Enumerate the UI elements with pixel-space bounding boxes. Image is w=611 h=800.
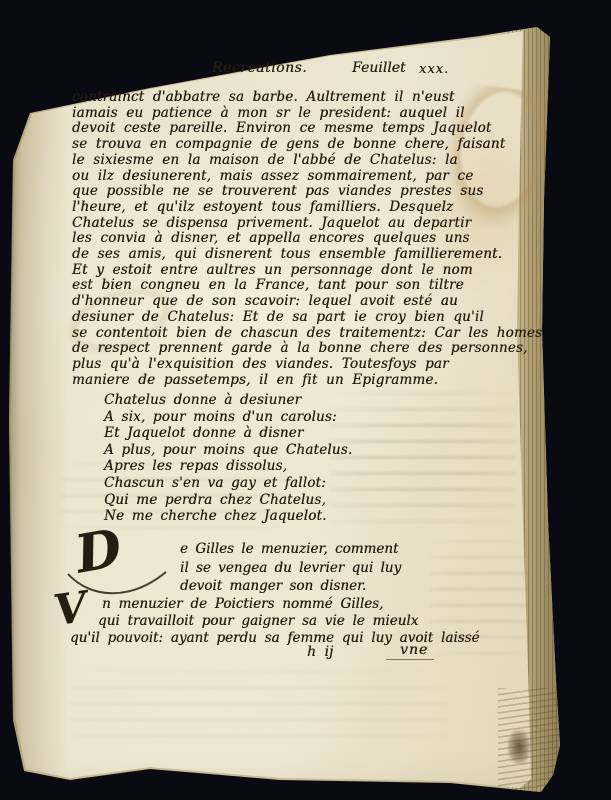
epigram-line: Apres les repas dissolus, [104, 458, 352, 475]
decorated-initial-d: D [72, 522, 125, 581]
body-line: d'honneur que de son scavoir: lequel avo… [72, 294, 522, 310]
body-line: maniere de passetemps, il en fit un Epig… [72, 373, 522, 389]
section-heading-block: e Gilles le menuzier, comment il se veng… [180, 540, 401, 596]
body-line: iamais eu patience à mon sr le president… [72, 106, 522, 122]
paragraph-block: n menuzier de Poictiers nommé Gilles, qu… [70, 596, 480, 646]
epigram-line: A plus, pour moins que Chatelus. [104, 442, 352, 459]
body-line: se contentoit bien de chascun des traite… [72, 326, 522, 342]
body-line: les convia à disner, et appella encores … [72, 231, 522, 247]
body-line: est bien congneu en la France, tant pour… [72, 278, 522, 294]
body-line: ou ilz desiunerent, mais assez sommairem… [72, 169, 522, 185]
section-heading-line: devoit manger son disner. [180, 577, 401, 596]
body-line: Chatelus se dispensa privement. Jaquelot… [72, 216, 522, 232]
epigram-line: Ne me cherche chez Jaquelot. [104, 508, 352, 525]
epigram-line: Chascun s'en va gay et fallot: [104, 475, 352, 492]
body-line: l'heure, et qu'ilz estoyent tous familli… [72, 200, 522, 216]
epigram-line: Qui me perdra chez Chatelus, [104, 492, 352, 509]
body-line: se trouva en compagnie de gens de bonne … [72, 137, 522, 153]
body-line: le sixiesme en la maison de l'abbé de Ch… [72, 153, 522, 169]
paragraph-line: qui travailloit pour gaigner sa vie le m… [98, 613, 480, 630]
gathering-signature: h ij [307, 644, 333, 660]
body-line: contrainct d'abbatre sa barbe. Aultremen… [72, 90, 522, 106]
folio-number: xxx. [419, 62, 449, 77]
epigram-line: Et Jaquelot donne à disner [104, 425, 352, 442]
epigram-line: A six, pour moins d'un carolus: [104, 409, 352, 426]
body-line: plus qu'à l'exquisition des viandes. Tou… [72, 357, 522, 373]
body-line: devoit ceste pareille. Environ ce mesme … [72, 121, 522, 137]
page-content: Recreations. Feuillet xxx. contrainct d'… [0, 0, 611, 800]
catchword: vne [386, 642, 434, 660]
body-line: de ses amis, qui disnerent tous ensemble… [72, 247, 522, 263]
running-header-title: Recreations. [212, 60, 307, 76]
epigram-block: Chatelus donne à desiuner A six, pour mo… [104, 392, 352, 525]
body-line: que possible ne se trouverent pas viande… [72, 184, 522, 200]
body-text-block: contrainct d'abbatre sa barbe. Aultremen… [72, 90, 522, 388]
folio-label: Feuillet [352, 60, 406, 76]
photo-stage: Recreations. Feuillet xxx. contrainct d'… [0, 0, 611, 800]
section-heading-line: e Gilles le menuzier, comment [180, 540, 401, 559]
epigram-line: Chatelus donne à desiuner [104, 392, 352, 409]
body-line: de respect prennent garde à la bonne che… [72, 341, 522, 357]
section-heading-line: il se vengea du levrier qui luy [180, 559, 401, 578]
body-line: desiuner de Chatelus: Et de sa part ie c… [72, 310, 522, 326]
paragraph-line: n menuzier de Poictiers nommé Gilles, [102, 596, 480, 613]
body-line: Et y estoit entre aultres un personnage … [72, 263, 522, 279]
